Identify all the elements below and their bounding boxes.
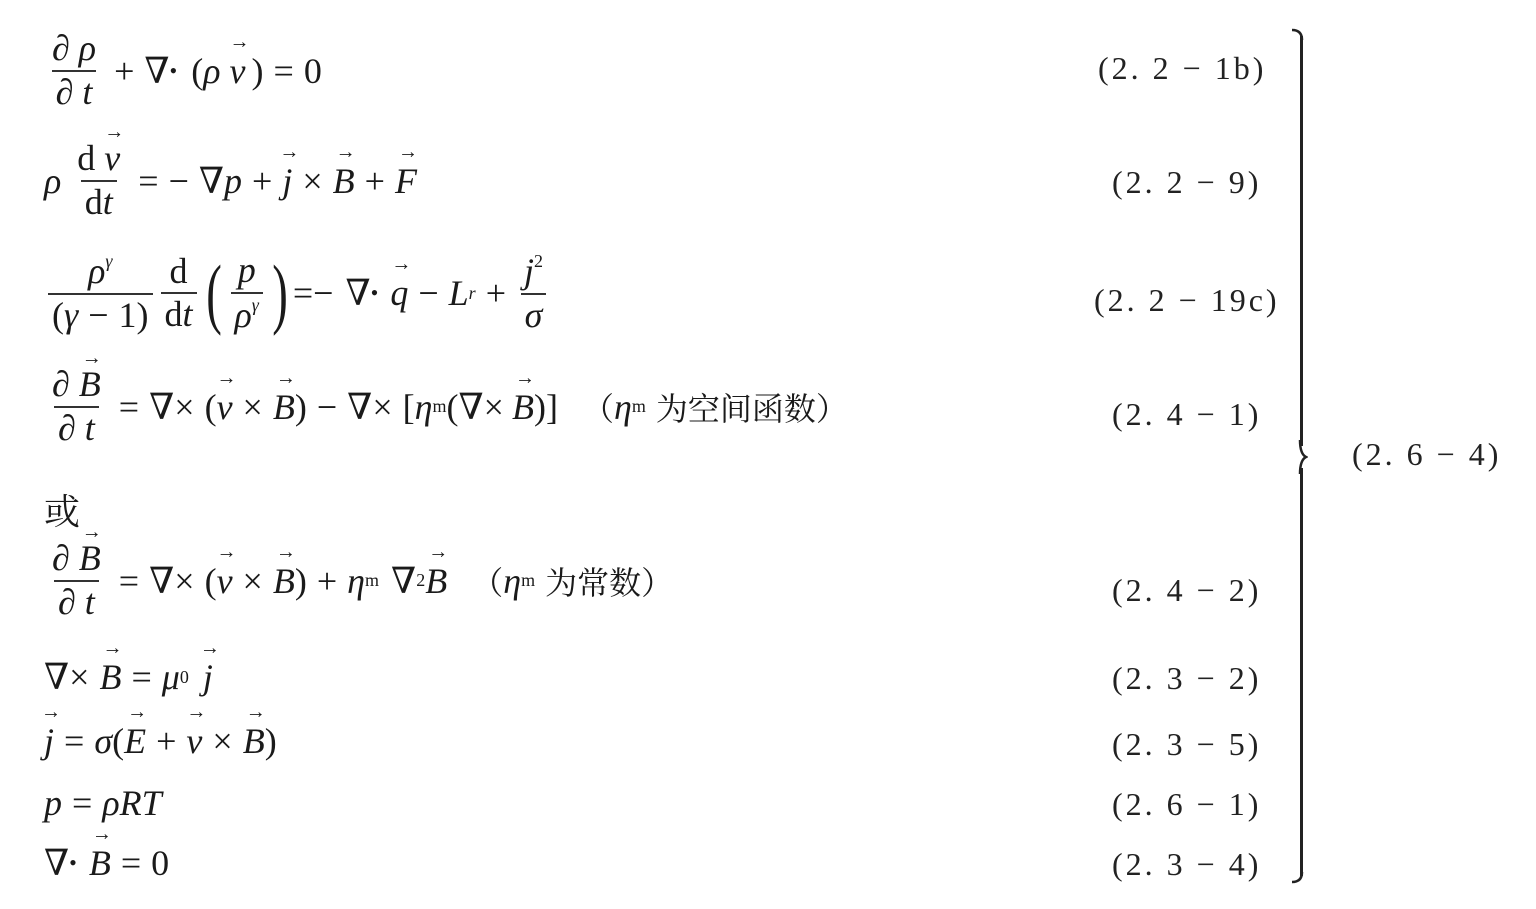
equation-number: (2. 2 − 1b) bbox=[1098, 50, 1266, 87]
fraction-p-rho-gamma: p ργ bbox=[231, 252, 263, 335]
equation-momentum: ρ d v dt =− ∇p +j ×B +F bbox=[44, 140, 417, 222]
note-constant: 为常数 bbox=[545, 558, 641, 604]
equation-number: (2. 3 − 2) bbox=[1112, 660, 1261, 697]
equation-state: p = ρRT bbox=[44, 782, 162, 824]
connector-or: 或 bbox=[44, 484, 80, 535]
brace-bottom-hook bbox=[1290, 872, 1306, 884]
group-equation-number: (2. 6 − 4) bbox=[1352, 436, 1501, 473]
equation-number: (2. 2 − 9) bbox=[1112, 164, 1261, 201]
equation-energy: ργ (γ−1) d dt ( p ργ ) =− ∇• q −Lr + j2 … bbox=[44, 252, 551, 335]
fraction-dB-dt: ∂ B ∂ t bbox=[48, 540, 105, 622]
fraction-dv-dt: d v dt bbox=[73, 140, 124, 222]
brace-icon bbox=[1294, 440, 1308, 474]
equation-number: (2. 4 − 1) bbox=[1112, 396, 1261, 433]
fraction-drho-dt: ∂ ρ ∂ t bbox=[48, 30, 100, 112]
brace-lower bbox=[1300, 468, 1303, 876]
equation-ampere: ∇× B =μ0 j bbox=[44, 656, 213, 698]
equation-number: (2. 3 − 4) bbox=[1112, 846, 1261, 883]
note-space-function: 为空间函数 bbox=[656, 384, 816, 430]
equation-induction-variable: ∂ B ∂ t = ∇× (v ×B) − ∇× [ηm (∇× B)] （ηm… bbox=[44, 366, 848, 448]
brace-top-hook bbox=[1290, 28, 1306, 40]
equation-ohm: j =σ( E+ v× B) bbox=[44, 720, 277, 762]
equation-continuity: ∂ ρ ∂ t + ∇• (ρ v) =0 bbox=[44, 30, 322, 112]
equation-number: (2. 2 − 19c) bbox=[1094, 282, 1280, 319]
equation-number: (2. 3 − 5) bbox=[1112, 726, 1261, 763]
equation-number: (2. 6 − 1) bbox=[1112, 786, 1261, 823]
brace-upper bbox=[1300, 36, 1303, 446]
equation-induction-constant: ∂ B ∂ t = ∇× (v ×B) +ηm ∇2B （ηm 为常数） bbox=[44, 540, 673, 622]
fraction-d-dt: d dt bbox=[161, 253, 197, 335]
equation-divergence-free: ∇• B =0 bbox=[44, 842, 169, 884]
fraction-rho-gamma: ργ (γ−1) bbox=[48, 252, 153, 335]
fraction-j2-sigma: j2 σ bbox=[520, 252, 547, 335]
fraction-dB-dt: ∂ B ∂ t bbox=[48, 366, 105, 448]
equation-number: (2. 4 − 2) bbox=[1112, 572, 1261, 609]
